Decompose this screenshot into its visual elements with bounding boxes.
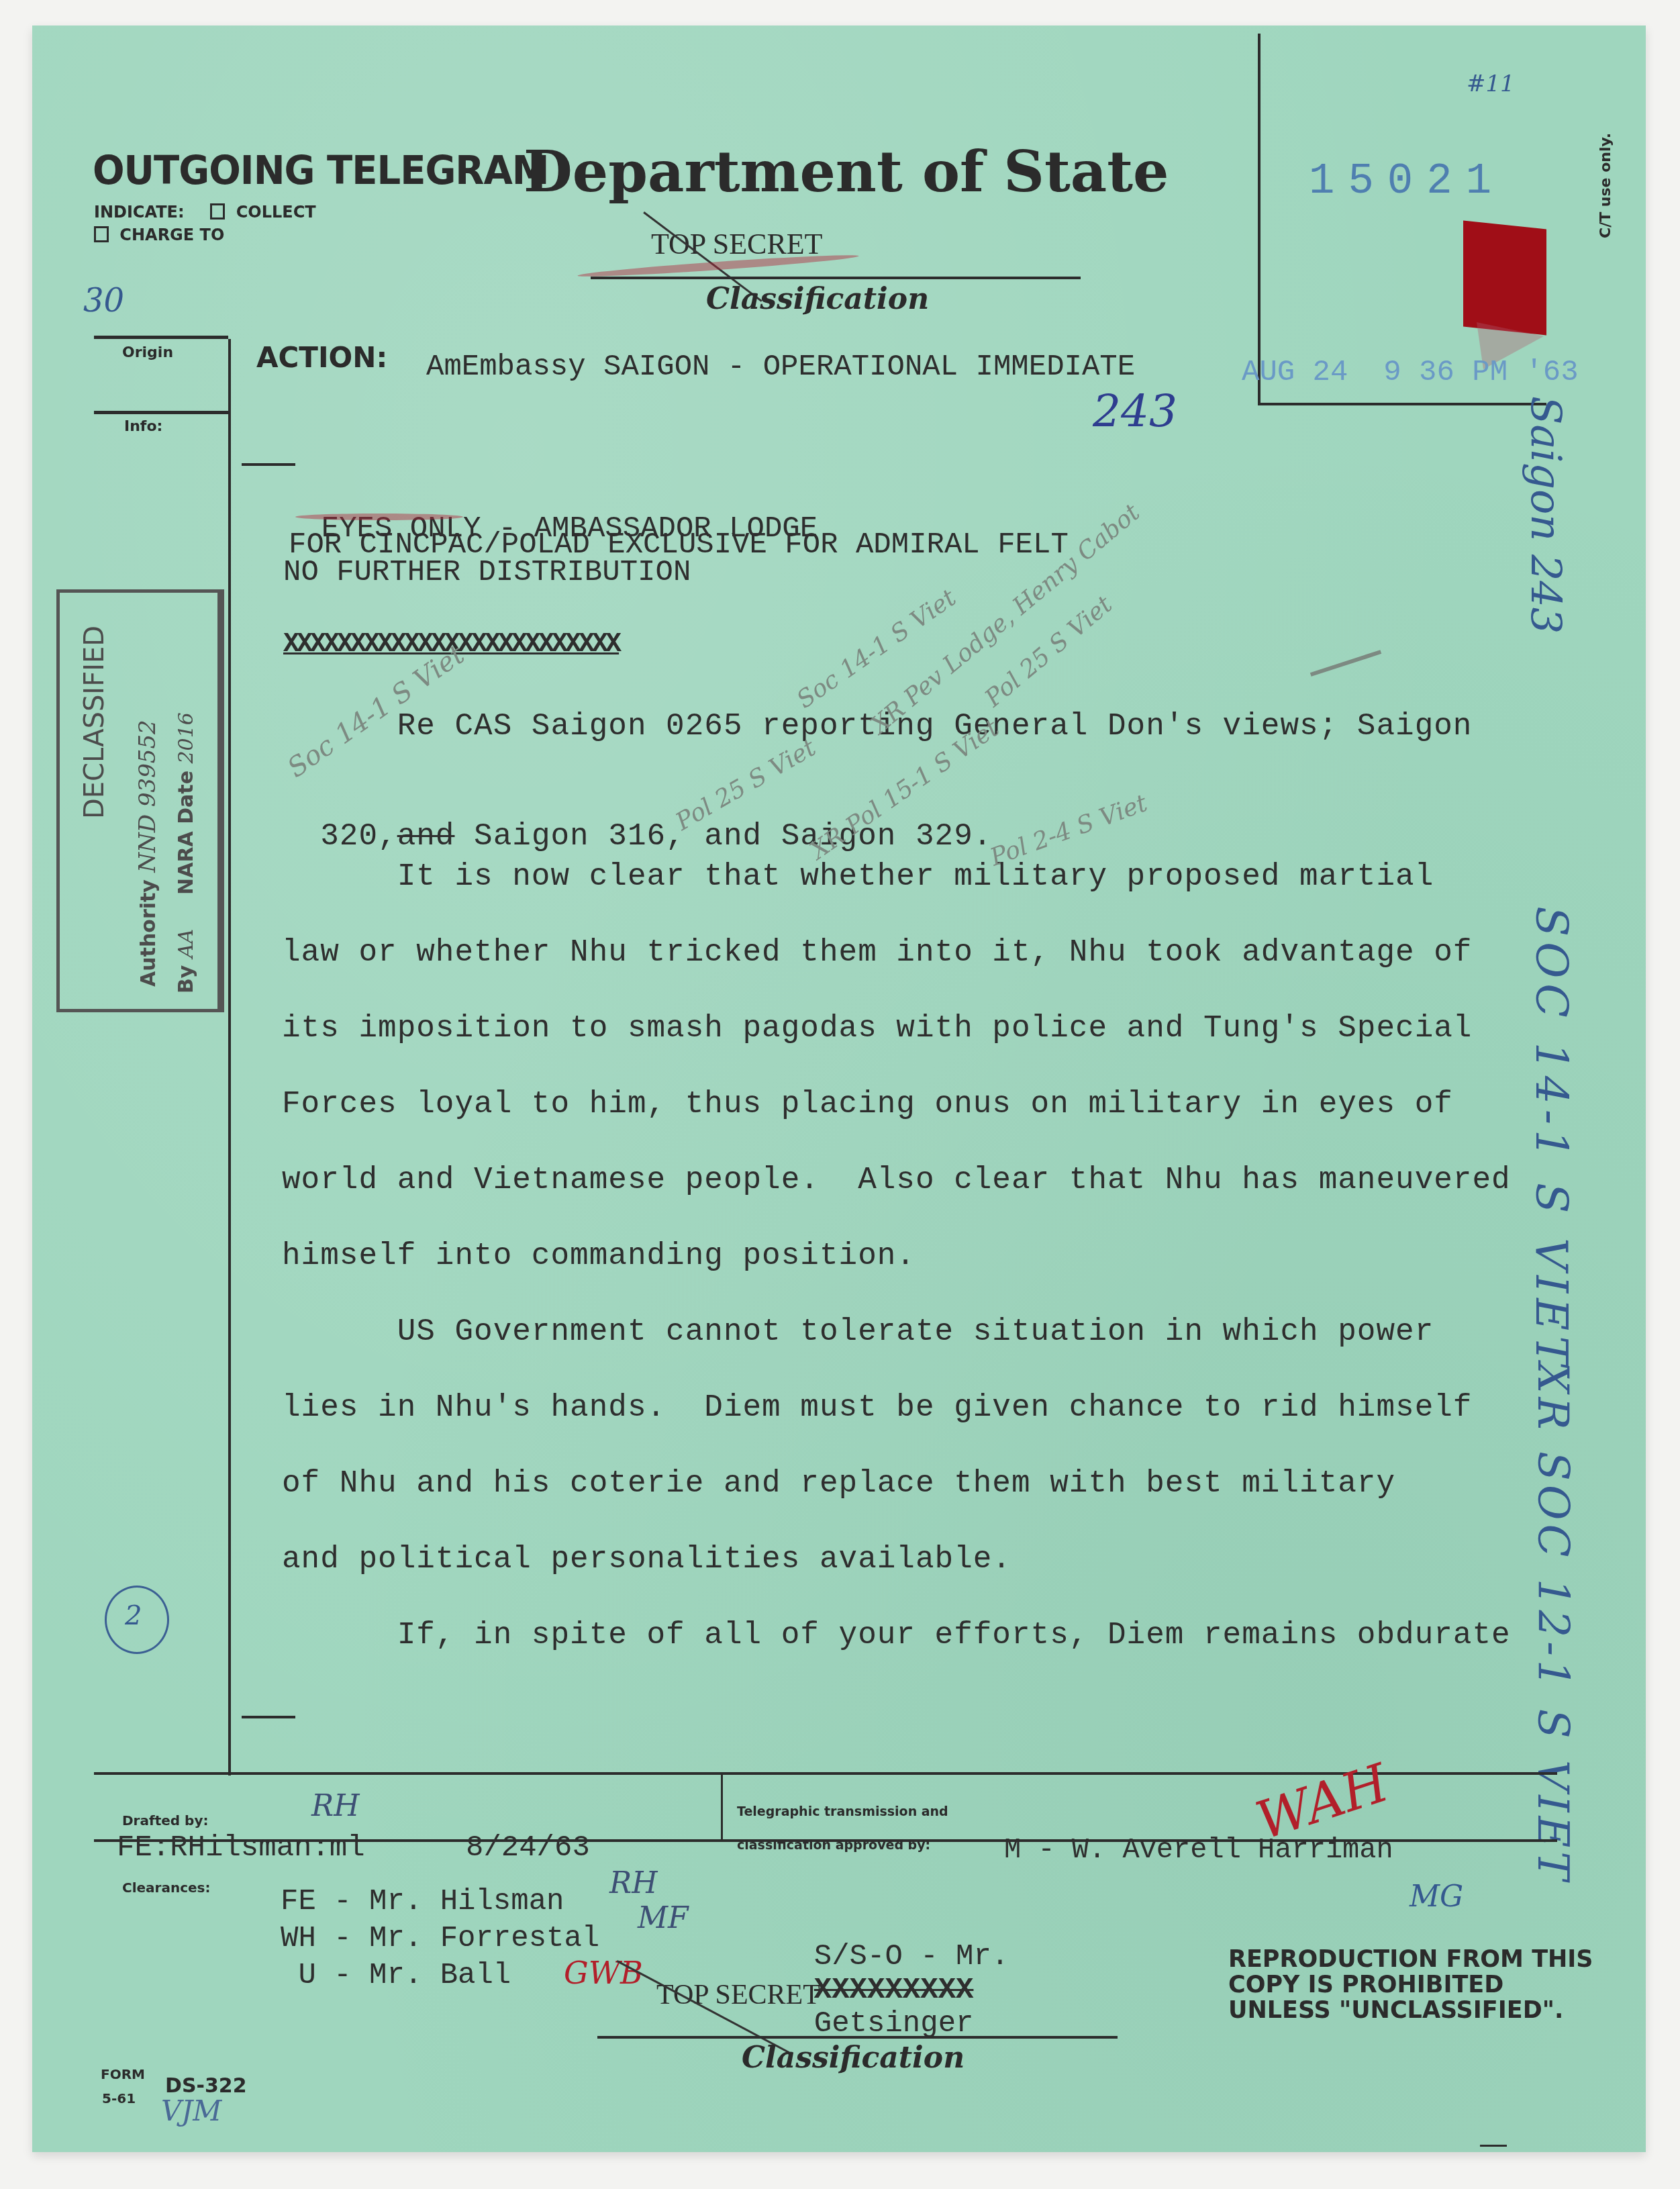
reproduction-notice-line-1: REPRODUCTION FROM THIS <box>1228 1947 1593 1972</box>
declassified-title: DECLASSIFIED <box>79 626 110 819</box>
info-label: Info: <box>124 418 162 435</box>
body-line-6: Forces loyal to him, thus placing onus o… <box>282 1087 1453 1122</box>
origin-label: Origin <box>122 344 173 361</box>
footer-vertical-divider <box>721 1772 723 1839</box>
red-tape-flag <box>1463 220 1546 335</box>
margin-note-saigon: Saigon 243 <box>1522 396 1571 634</box>
action-value: AmEmbassy SAIGON - OPERATIONAL IMMEDIATE <box>426 350 1135 384</box>
body-line-4: law or whether Nhu tricked them into it,… <box>282 935 1472 970</box>
authority-label: Authority <box>137 879 160 987</box>
nara-label: NARA Date <box>175 771 198 895</box>
declassified-authority-row: Authority NND 939552 <box>134 720 161 987</box>
classification-label-top: Classification <box>706 282 929 316</box>
red-pencil-underline-eyes-only <box>295 514 463 520</box>
transmission-timestamp: AUG 24 9 36 PM '63 <box>1242 356 1579 389</box>
authority-value: NND 939552 <box>134 720 161 872</box>
margin-note-soc: SOC 14-1 S VIET <box>1526 906 1577 1371</box>
drafted-date: 8/24/63 <box>466 1831 590 1865</box>
initials-ball: GWB <box>564 1955 643 1991</box>
ct-box-bottom-border <box>1258 403 1546 405</box>
classification-rule-top <box>591 277 1081 279</box>
ss-o-clearance: S/S-O - Mr. XXXXXXXXX Getsinger <box>779 1906 1009 2041</box>
ct-box-left-border <box>1258 34 1261 404</box>
ss-o-struck: XXXXXXXXX <box>814 1974 974 2007</box>
body-line-12: and political personalities available. <box>282 1542 1011 1577</box>
body-line-13: If, in spite of all of your efforts, Die… <box>282 1618 1511 1653</box>
clearance-forrestal: WH - Mr. Forrestal <box>281 1922 599 1955</box>
classification-label-bottom: Classification <box>742 2041 965 2075</box>
left-column-divider <box>228 339 231 1775</box>
body-line-8: himself into commanding position. <box>282 1238 916 1273</box>
telegram-number: 15021 <box>1309 158 1505 206</box>
margin-note-xr-soc: XR SOC 12-1 S VIET <box>1528 1363 1577 1884</box>
initials-getsinger: MG <box>1410 1880 1463 1914</box>
origin-info-rule <box>94 411 228 414</box>
body-line-5: its imposition to smash pagodas with pol… <box>282 1011 1472 1046</box>
approval-label-2: classification approved by: <box>737 1838 930 1853</box>
body-line-10: lies in Nhu's hands. Diem must be given … <box>282 1390 1472 1425</box>
reproduction-notice-line-3: UNLESS "UNCLASSIFIED". <box>1228 1998 1593 2023</box>
declassified-by-row: By AA NARA Date 2016 <box>175 712 198 993</box>
by-label: By <box>175 965 198 993</box>
reproduction-notice: REPRODUCTION FROM THIS COPY IS PROHIBITE… <box>1228 1947 1593 2023</box>
drafted-by-label: Drafted by: <box>122 1812 208 1829</box>
initials-hilsman-draft: RH <box>311 1789 360 1823</box>
classification-top: TOP SECRET <box>651 227 823 261</box>
form-date: 5-61 <box>102 2090 136 2106</box>
distribution-line: NO FURTHER DISTRIBUTION <box>283 556 691 589</box>
bottom-tick-mark <box>1480 2145 1507 2147</box>
handwritten-corner-mark: #11 <box>1467 70 1515 97</box>
charge-to-label: CHARGE TO <box>119 226 224 244</box>
left-column-top-rule <box>94 336 228 339</box>
nara-value: 2016 <box>175 712 198 763</box>
action-label: ACTION: <box>256 341 387 374</box>
bottom-initials: VJM <box>161 2094 221 2127</box>
circled-number: 2 <box>125 1600 142 1631</box>
indicate-label: INDICATE: <box>94 203 185 222</box>
drafted-by-value: FE:RHilsman:ml <box>117 1831 365 1865</box>
body-end-rule <box>242 1716 295 1718</box>
charge-to-row: CHARGE TO <box>94 226 224 244</box>
initials-forrestal: MF <box>638 1901 689 1935</box>
handwritten-telegram-number: 243 <box>1093 385 1177 437</box>
agency-title: Department of State <box>524 138 1169 205</box>
body-line-3: It is now clear that whether military pr… <box>282 859 1434 894</box>
classification-rule-bottom <box>597 2036 1118 2039</box>
collect-label: COLLECT <box>236 203 316 222</box>
by-value: AA <box>175 929 198 958</box>
approved-by: M - W. Averell Harriman <box>1004 1834 1393 1866</box>
ct-use-only-label: C/T use only. <box>1597 133 1614 238</box>
body-line-11: of Nhu and his coterie and replace them … <box>282 1466 1395 1501</box>
reproduction-notice-line-2: COPY IS PROHIBITED <box>1228 1972 1593 1998</box>
form-label: FORM <box>101 2066 145 2082</box>
collect-checkbox[interactable] <box>210 203 225 220</box>
charge-to-checkbox[interactable] <box>94 226 109 242</box>
body-line-7: world and Vietnamese people. Also clear … <box>282 1163 1511 1198</box>
clearance-hilsman: FE - Mr. Hilsman <box>281 1885 564 1918</box>
approval-label-1: Telegraphic transmission and <box>737 1804 948 1819</box>
routing-short-rule <box>242 463 295 466</box>
struck-word: and <box>397 819 455 854</box>
body-line-9: US Government cannot tolerate situation … <box>282 1314 1434 1349</box>
clearance-ball: U - Mr. Ball <box>281 1959 511 1992</box>
indicate-row: INDICATE: COLLECT <box>94 203 316 222</box>
clearances-label: Clearances: <box>122 1880 211 1896</box>
handwritten-page-count: 30 <box>83 282 124 320</box>
initials-hilsman: RH <box>609 1866 658 1900</box>
form-type-label: OUTGOING TELEGRAM <box>93 148 549 193</box>
ss-o-prefix: S/S-O - Mr. <box>814 1940 1009 1974</box>
